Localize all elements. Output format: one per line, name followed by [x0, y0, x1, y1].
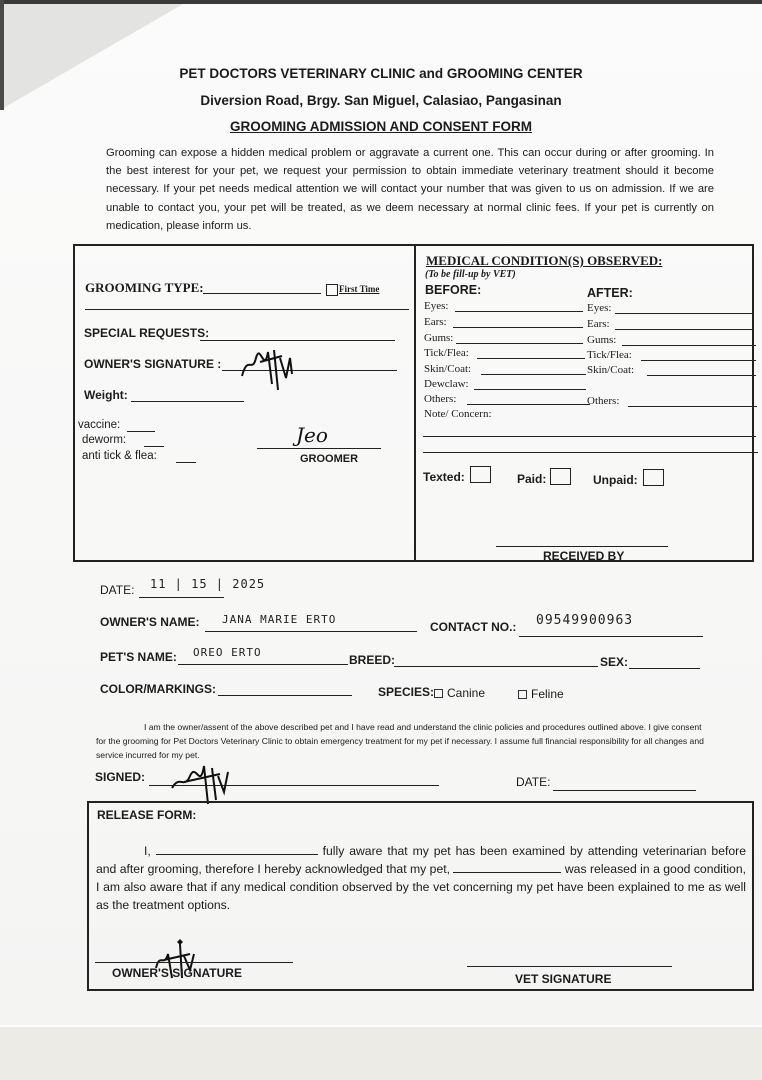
paid-checkbox[interactable]	[550, 468, 571, 486]
deworm-field[interactable]	[144, 446, 164, 447]
release-text-1: I,	[144, 844, 156, 858]
signed-date-label: DATE:	[516, 775, 550, 789]
after-field-input[interactable]	[622, 345, 756, 346]
grooming-type-label: GROOMING TYPE:	[85, 280, 204, 296]
breed-label: BREED:	[349, 653, 395, 667]
pet-name-field[interactable]	[178, 664, 348, 665]
consent-paragraph: I am the owner/assent of the above descr…	[96, 720, 708, 762]
release-pet-name-field[interactable]	[453, 872, 561, 873]
after-field-input[interactable]	[615, 313, 753, 314]
after-field-input[interactable]	[647, 375, 756, 376]
owner-signature-scribble	[238, 344, 298, 397]
owner-name-value: JANA MARIE ERTO	[222, 613, 336, 626]
release-title: RELEASE FORM:	[97, 808, 196, 822]
before-field-label: Eyes:	[424, 300, 448, 312]
clinic-address: Diversion Road, Brgy. San Miguel, Calasi…	[0, 93, 762, 108]
scan-bottom-margin	[0, 1025, 762, 1080]
color-markings-field[interactable]	[218, 695, 352, 696]
medical-subtitle: (To be fill-up by VET)	[425, 269, 516, 280]
special-requests-label: SPECIAL REQUESTS:	[84, 326, 209, 340]
release-owner-signature-field[interactable]	[95, 962, 293, 963]
vaccine-field[interactable]	[127, 431, 155, 432]
before-field-input[interactable]	[481, 374, 586, 375]
before-field-input[interactable]	[467, 404, 590, 405]
first-time-label: First Time	[339, 284, 379, 294]
after-field-input[interactable]	[628, 406, 757, 407]
before-label: BEFORE:	[425, 283, 481, 297]
before-field-input[interactable]	[477, 358, 585, 359]
before-field-input[interactable]	[474, 389, 586, 390]
after-field-label: Others:	[587, 395, 619, 407]
deworm-label: deworm:	[82, 434, 126, 446]
after-field-label: Ears:	[587, 318, 610, 330]
species-label: SPECIES:	[378, 685, 434, 699]
groomer-signature-field[interactable]	[257, 448, 381, 449]
texted-checkbox[interactable]	[470, 466, 491, 484]
signed-label: SIGNED:	[95, 770, 145, 784]
medical-title: MEDICAL CONDITION(S) OBSERVED:	[426, 253, 662, 269]
unpaid-checkbox[interactable]	[643, 469, 664, 487]
note-concern-field-2[interactable]	[423, 452, 758, 453]
grooming-type-field-line2[interactable]	[85, 309, 409, 310]
note-concern-label: Note/ Concern:	[424, 408, 492, 420]
vaccine-label: vaccine:	[78, 419, 120, 431]
date-value: 11 | 15 | 2025	[150, 577, 265, 591]
canine-checkbox[interactable]	[434, 689, 443, 698]
after-field-input[interactable]	[641, 360, 756, 361]
owner-name-field[interactable]	[205, 631, 417, 632]
before-field-label: Skin/Coat:	[424, 363, 471, 375]
after-field-label: Tick/Flea:	[587, 349, 632, 361]
before-field-label: Gums:	[424, 332, 453, 344]
release-paragraph: I, fully aware that my pet has been exam…	[96, 842, 746, 914]
date-field[interactable]	[139, 597, 224, 598]
vet-signature-label: VET SIGNATURE	[515, 972, 611, 986]
consent-text: I am the owner/assent of the above descr…	[96, 722, 704, 760]
received-by-label: RECEIVED BY	[543, 549, 624, 563]
before-field-input[interactable]	[453, 327, 583, 328]
release-owner-name-field[interactable]	[156, 854, 318, 855]
vet-signature-field[interactable]	[467, 966, 672, 967]
release-owner-signature-label: OWNER'S SIGNATURE	[112, 966, 242, 980]
contact-value: 09549900963	[536, 613, 633, 628]
after-field-label: Gums:	[587, 334, 616, 346]
unpaid-label: Unpaid:	[593, 473, 638, 487]
antitick-label: anti tick & flea:	[82, 450, 157, 462]
pet-name-label: PET'S NAME:	[100, 650, 177, 664]
sex-field[interactable]	[629, 668, 700, 669]
paid-label: Paid:	[517, 472, 546, 486]
box-divider	[414, 244, 416, 560]
after-field-label: Skin/Coat:	[587, 364, 634, 376]
before-field-input[interactable]	[456, 343, 583, 344]
sex-label: SEX:	[600, 655, 628, 669]
received-by-field[interactable]	[496, 546, 668, 547]
species-canine-option[interactable]: Canine	[434, 686, 485, 700]
contact-field[interactable]	[519, 636, 703, 637]
weight-field[interactable]	[131, 401, 244, 402]
before-field-label: Ears:	[424, 316, 447, 328]
clinic-name: PET DOCTORS VETERINARY CLINIC and GROOMI…	[0, 66, 762, 81]
grooming-type-field[interactable]	[203, 293, 321, 294]
breed-field[interactable]	[394, 666, 598, 667]
contact-label: CONTACT NO.:	[430, 620, 516, 634]
signed-date-field[interactable]	[553, 790, 696, 791]
owner-signature-label: OWNER'S SIGNATURE :	[84, 357, 221, 371]
antitick-field[interactable]	[176, 462, 196, 463]
first-time-checkbox[interactable]	[326, 283, 338, 301]
after-field-label: Eyes:	[587, 302, 611, 314]
after-label: AFTER:	[587, 286, 633, 300]
before-field-label: Others:	[424, 393, 456, 405]
before-field-input[interactable]	[455, 311, 583, 312]
after-field-input[interactable]	[615, 329, 754, 330]
feline-checkbox[interactable]	[518, 690, 527, 699]
color-markings-label: COLOR/MARKINGS:	[100, 682, 216, 696]
date-label: DATE:	[100, 583, 134, 597]
pet-name-value: OREO ERTO	[193, 646, 262, 659]
groomer-signature: Jeo	[296, 423, 328, 447]
canine-label: Canine	[447, 686, 485, 700]
feline-label: Feline	[531, 687, 564, 701]
weight-label: Weight:	[84, 388, 128, 402]
groomer-label: GROOMER	[300, 453, 358, 465]
owner-name-label: OWNER'S NAME:	[100, 615, 200, 629]
form-title: GROOMING ADMISSION AND CONSENT FORM	[0, 119, 762, 134]
scan-edge-top	[0, 0, 762, 4]
species-feline-option[interactable]: Feline	[518, 687, 564, 701]
note-concern-field-1[interactable]	[423, 436, 756, 437]
intro-paragraph: Grooming can expose a hidden medical pro…	[106, 144, 714, 235]
before-field-label: Dewclaw:	[424, 378, 469, 390]
texted-label: Texted:	[423, 470, 465, 484]
before-field-label: Tick/Flea:	[424, 347, 469, 359]
special-requests-field[interactable]	[200, 340, 395, 341]
